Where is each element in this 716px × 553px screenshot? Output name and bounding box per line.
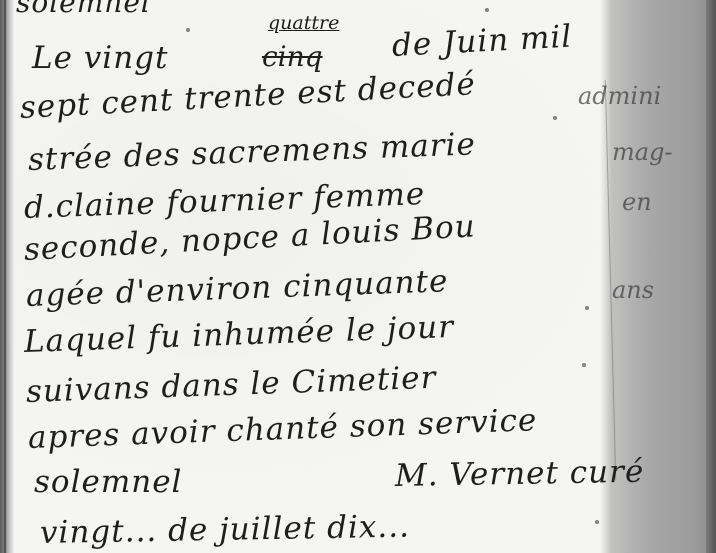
margin-mag: mag- <box>612 138 673 166</box>
line-1-start: Le vingt <box>32 40 168 76</box>
line-3: strée des sacremens marie <box>27 126 476 178</box>
line-1-end: de Juin mil <box>391 19 573 64</box>
signature: M. Vernet curé <box>395 454 645 494</box>
ink-speck <box>485 8 489 12</box>
right-page-edge <box>706 0 716 553</box>
ink-speck <box>585 306 589 310</box>
insertion-quattre: quattre <box>268 12 339 34</box>
line-10: solemnel <box>34 464 182 500</box>
document-page: solemnel Le vingt quattre cinq de Juin m… <box>0 0 716 553</box>
top-fragment: solemnel <box>16 0 151 19</box>
margin-ans: ans <box>612 276 654 304</box>
ink-speck <box>553 116 557 120</box>
line-7: Laquel fu inhumée le jour <box>23 309 454 360</box>
margin-en: en <box>622 188 652 216</box>
margin-admini: admini <box>578 82 661 110</box>
spine-line <box>4 0 6 553</box>
line-6: agée d'environ cinquante <box>25 263 449 314</box>
ink-speck <box>595 520 599 524</box>
line-11: vingt... de juillet dix... <box>40 509 411 551</box>
page-spine <box>0 0 14 553</box>
ink-speck <box>186 28 190 32</box>
struck-cinq: cinq <box>262 40 323 73</box>
ink-speck <box>582 363 586 367</box>
line-8: suivans dans le Cimetier <box>25 360 437 410</box>
line-9: apres avoir chanté son service <box>27 402 537 456</box>
